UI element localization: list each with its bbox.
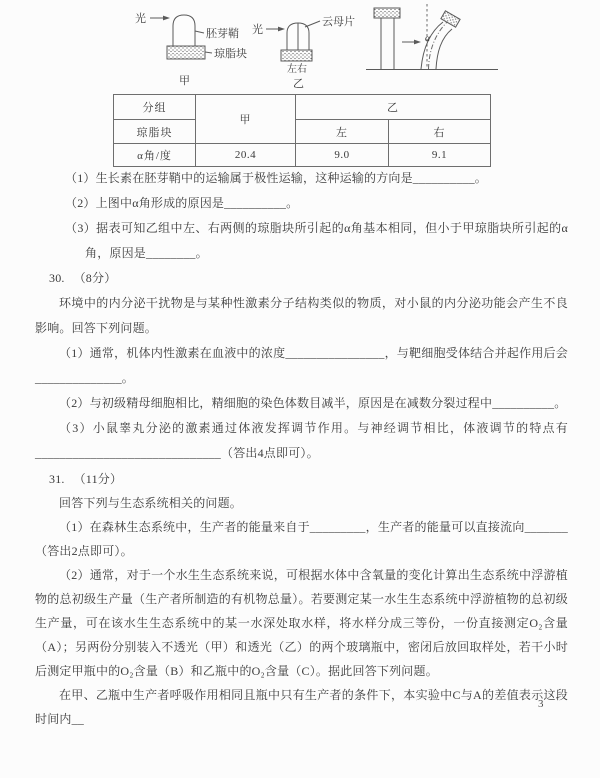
light-label: 光 xyxy=(135,11,146,25)
yi-caption: 乙 xyxy=(293,77,304,90)
results-table: 分组 甲 乙 琼脂块 左 右 α角/度 20.4 9.0 9.1 xyxy=(113,94,491,167)
angle-value-yi-left: 9.0 xyxy=(296,144,389,167)
q31-item-2: （2）通常，对于一个水生生态系统来说，可根据水体中含氧量的变化计算出生态系统中浮… xyxy=(35,563,568,683)
leader-line xyxy=(195,31,204,33)
q31-number: 31. xyxy=(49,472,65,486)
coleoptile-shape xyxy=(173,15,195,46)
angle-value-yi-right: 9.1 xyxy=(389,144,491,167)
q30-score: （8分） xyxy=(74,271,117,285)
light-label: 光 xyxy=(252,22,263,36)
exam-page: 光 胚芽鞘 琼脂块 甲 光 云母片 左右 乙 xyxy=(0,0,600,778)
agar-label: 琼脂块 xyxy=(214,46,247,60)
q29-item-1: （1）生长素在胚芽鞘中的运输属于极性运输，这种运输的方向是__________。 xyxy=(35,166,568,191)
q31-heading: 31.（11分） xyxy=(49,467,568,491)
diagram-jia: 光 胚芽鞘 琼脂块 甲 xyxy=(135,11,247,87)
tilted-agar-cap xyxy=(441,11,460,27)
mica-label: 云母片 xyxy=(322,14,355,28)
straight-coleoptile xyxy=(381,18,394,69)
q31-intro: 回答下列与生态系统相关的问题。 xyxy=(35,491,568,515)
bent-coleoptile-right-edge xyxy=(436,29,452,69)
diagram-bending-result: α xyxy=(366,4,498,70)
experiment-figure: 光 胚芽鞘 琼脂块 甲 光 云母片 左右 乙 xyxy=(0,0,600,95)
q29-item-3: （3）据表可知乙组中左、右两侧的琼脂块所引起的α角基本相同，但小于甲琼脂块所引起… xyxy=(35,216,568,266)
diagram-yi: 光 云母片 左右 乙 xyxy=(252,14,355,90)
bent-axis-line xyxy=(429,21,449,69)
header-yi: 乙 xyxy=(296,95,491,120)
alpha-angle-label: α xyxy=(425,34,431,44)
header-jia: 甲 xyxy=(196,95,296,144)
agar-block xyxy=(167,46,205,59)
q30-intro: 环境中的内分泌干扰物是与某种性激素分子结构类似的物质，对小鼠的内分泌功能会产生不… xyxy=(35,291,568,341)
leader-line xyxy=(205,52,212,53)
angle-value-jia: 20.4 xyxy=(196,144,296,167)
bent-coleoptile-left-edge xyxy=(421,22,443,69)
question-body: （1）生长素在胚芽鞘中的运输属于极性运输，这种运输的方向是__________。… xyxy=(35,166,568,731)
header-group: 分组 xyxy=(114,95,196,120)
table-row: 分组 甲 乙 xyxy=(114,95,491,120)
q31-section: 31.（11分） 回答下列与生态系统相关的问题。 （1）在森林生态系统中，生产者… xyxy=(35,467,568,731)
q29-item-2: （2）上图中α角形成的原因是__________。 xyxy=(35,191,568,216)
q30-item-2: （2）与初级精母细胞相比，精细胞的染色体数目减半，原因是在减数分裂过程中____… xyxy=(35,391,568,416)
table-row: 琼脂块 左 右 xyxy=(114,120,491,144)
split-agar-block xyxy=(281,50,312,61)
q31-item-1: （1）在森林生态系统中，生产者的能量来自于_________，生产者的能量可以直… xyxy=(35,515,568,563)
coleoptile-label: 胚芽鞘 xyxy=(206,26,239,40)
light-arrowhead xyxy=(163,16,170,21)
header-left: 左 xyxy=(296,120,389,144)
page-number: 3 xyxy=(538,698,544,710)
q30-item-3: （3）小鼠睾丸分泌的激素通过体液发挥调节作用。与神经调节相比，体液调节的特点有_… xyxy=(35,416,568,466)
q30-item-1: （1）通常，机体内性激素在血液中的浓度________________，与靶细胞… xyxy=(35,341,568,391)
q30-heading: 30.（8分） xyxy=(49,266,568,291)
jia-caption: 甲 xyxy=(179,74,190,87)
header-agar: 琼脂块 xyxy=(114,120,196,144)
angle-row-label: α角/度 xyxy=(114,144,196,167)
left-right-label: 左右 xyxy=(287,62,307,75)
q30-number: 30. xyxy=(49,271,65,285)
agar-cap xyxy=(374,8,400,18)
table-row: α角/度 20.4 9.0 9.1 xyxy=(114,144,491,167)
light-arrowhead xyxy=(278,27,285,32)
header-right: 右 xyxy=(389,120,491,144)
leader-line xyxy=(305,21,320,27)
q31-item-3: 在甲、乙瓶中生产者呼吸作用相同且瓶中只有生产者的条件下，本实验中C与A的差值表示… xyxy=(35,683,568,731)
q31-score: （11分） xyxy=(74,472,123,486)
transition-arrowhead xyxy=(414,40,421,45)
